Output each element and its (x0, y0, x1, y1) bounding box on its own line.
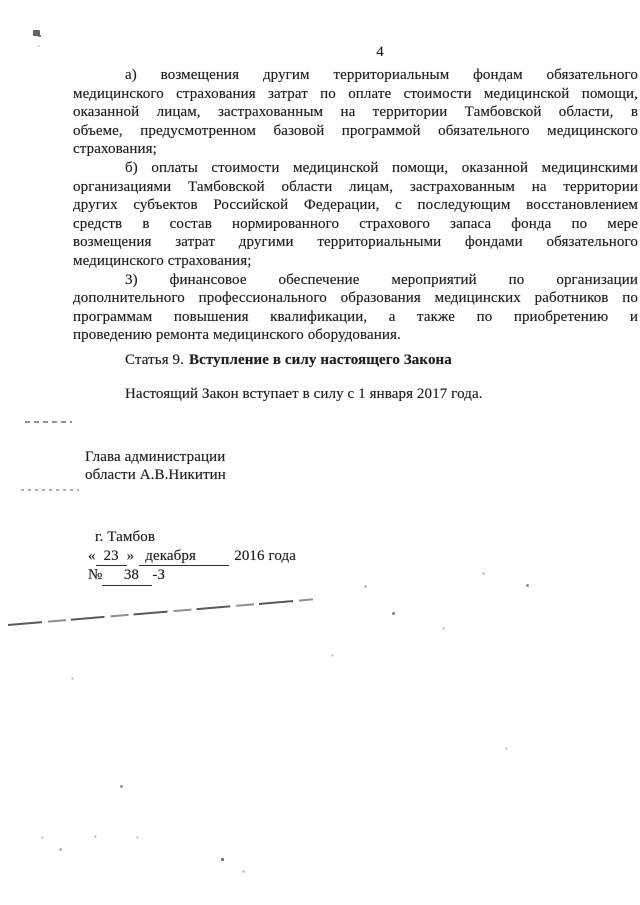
scanned-document-page: 4 а) возмещения другим территориальным ф… (0, 0, 640, 905)
paragraph-b-line: возмещения затрат другими территориальны… (73, 233, 638, 252)
article-label: Статья 9. (125, 352, 184, 368)
paragraph-3-line: дополнительного профессионального образо… (73, 289, 638, 308)
scan-smudge-artifact (33, 30, 40, 36)
scan-dash-artifact (21, 489, 79, 491)
document-number-fill-in: 38 (102, 566, 152, 586)
signature-block: Глава администрации области А.В.Никитин (85, 448, 226, 485)
quote-close: » (127, 548, 135, 564)
number-sign: № (88, 567, 102, 583)
day-fill-in: 23 (96, 547, 127, 567)
paragraph-3-line: 3) финансовое обеспечение мероприятий по… (73, 271, 638, 290)
paragraph-a-line: страхования; (73, 140, 638, 159)
quote-open: « (88, 548, 96, 564)
article-title: Вступление в силу настоящего Закона (189, 352, 452, 368)
issuance-date-line: «23»декабря2016 года (88, 547, 296, 567)
effective-date-clause: Настоящий Закон вступает в силу с 1 янва… (73, 386, 638, 403)
paragraph-3-line: программам повышения квалификации, а так… (73, 308, 638, 327)
scan-dash-artifact (25, 421, 72, 423)
paragraph-a-line: медицинского страхования затрат по оплат… (73, 85, 638, 104)
document-number-suffix: -З (152, 567, 165, 583)
paragraph-b-line: других субъектов Российской Федерации, с… (73, 196, 638, 215)
page-number: 4 (0, 44, 640, 61)
paragraph-b-line: б) оплаты стоимости медицинской помощи, … (73, 159, 638, 178)
paragraph-a-line: объеме, предусмотренном базовой программ… (73, 122, 638, 141)
issuance-block: г. Тамбов «23»декабря2016 года №38-З (88, 528, 296, 586)
article-9-heading: Статья 9.Вступление в силу настоящего За… (73, 352, 638, 369)
issuance-number-line: №38-З (88, 566, 296, 586)
document-body: а) возмещения другим территориальным фон… (73, 66, 638, 345)
paragraph-b-line: медицинского страхования; (73, 252, 638, 271)
issuance-year: 2016 года (234, 548, 296, 564)
scan-specks-artifact (0, 0, 1, 1)
scan-line-artifact (8, 598, 313, 626)
paragraph-a-line: оказанной лицам, застрахованным на терри… (73, 103, 638, 122)
paragraph-b-line: средств в состав нормированного страхово… (73, 215, 638, 234)
paragraph-b-line: организациями Тамбовской области лицам, … (73, 178, 638, 197)
signature-position: Глава администрации (85, 448, 226, 466)
paragraph-3-line: проведению ремонта медицинского оборудов… (73, 326, 638, 345)
signature-name: области А.В.Никитин (85, 466, 226, 484)
issuance-city: г. Тамбов (95, 528, 296, 547)
month-fill-in: декабря (139, 547, 229, 567)
paragraph-a-line: а) возмещения другим территориальным фон… (73, 66, 638, 85)
